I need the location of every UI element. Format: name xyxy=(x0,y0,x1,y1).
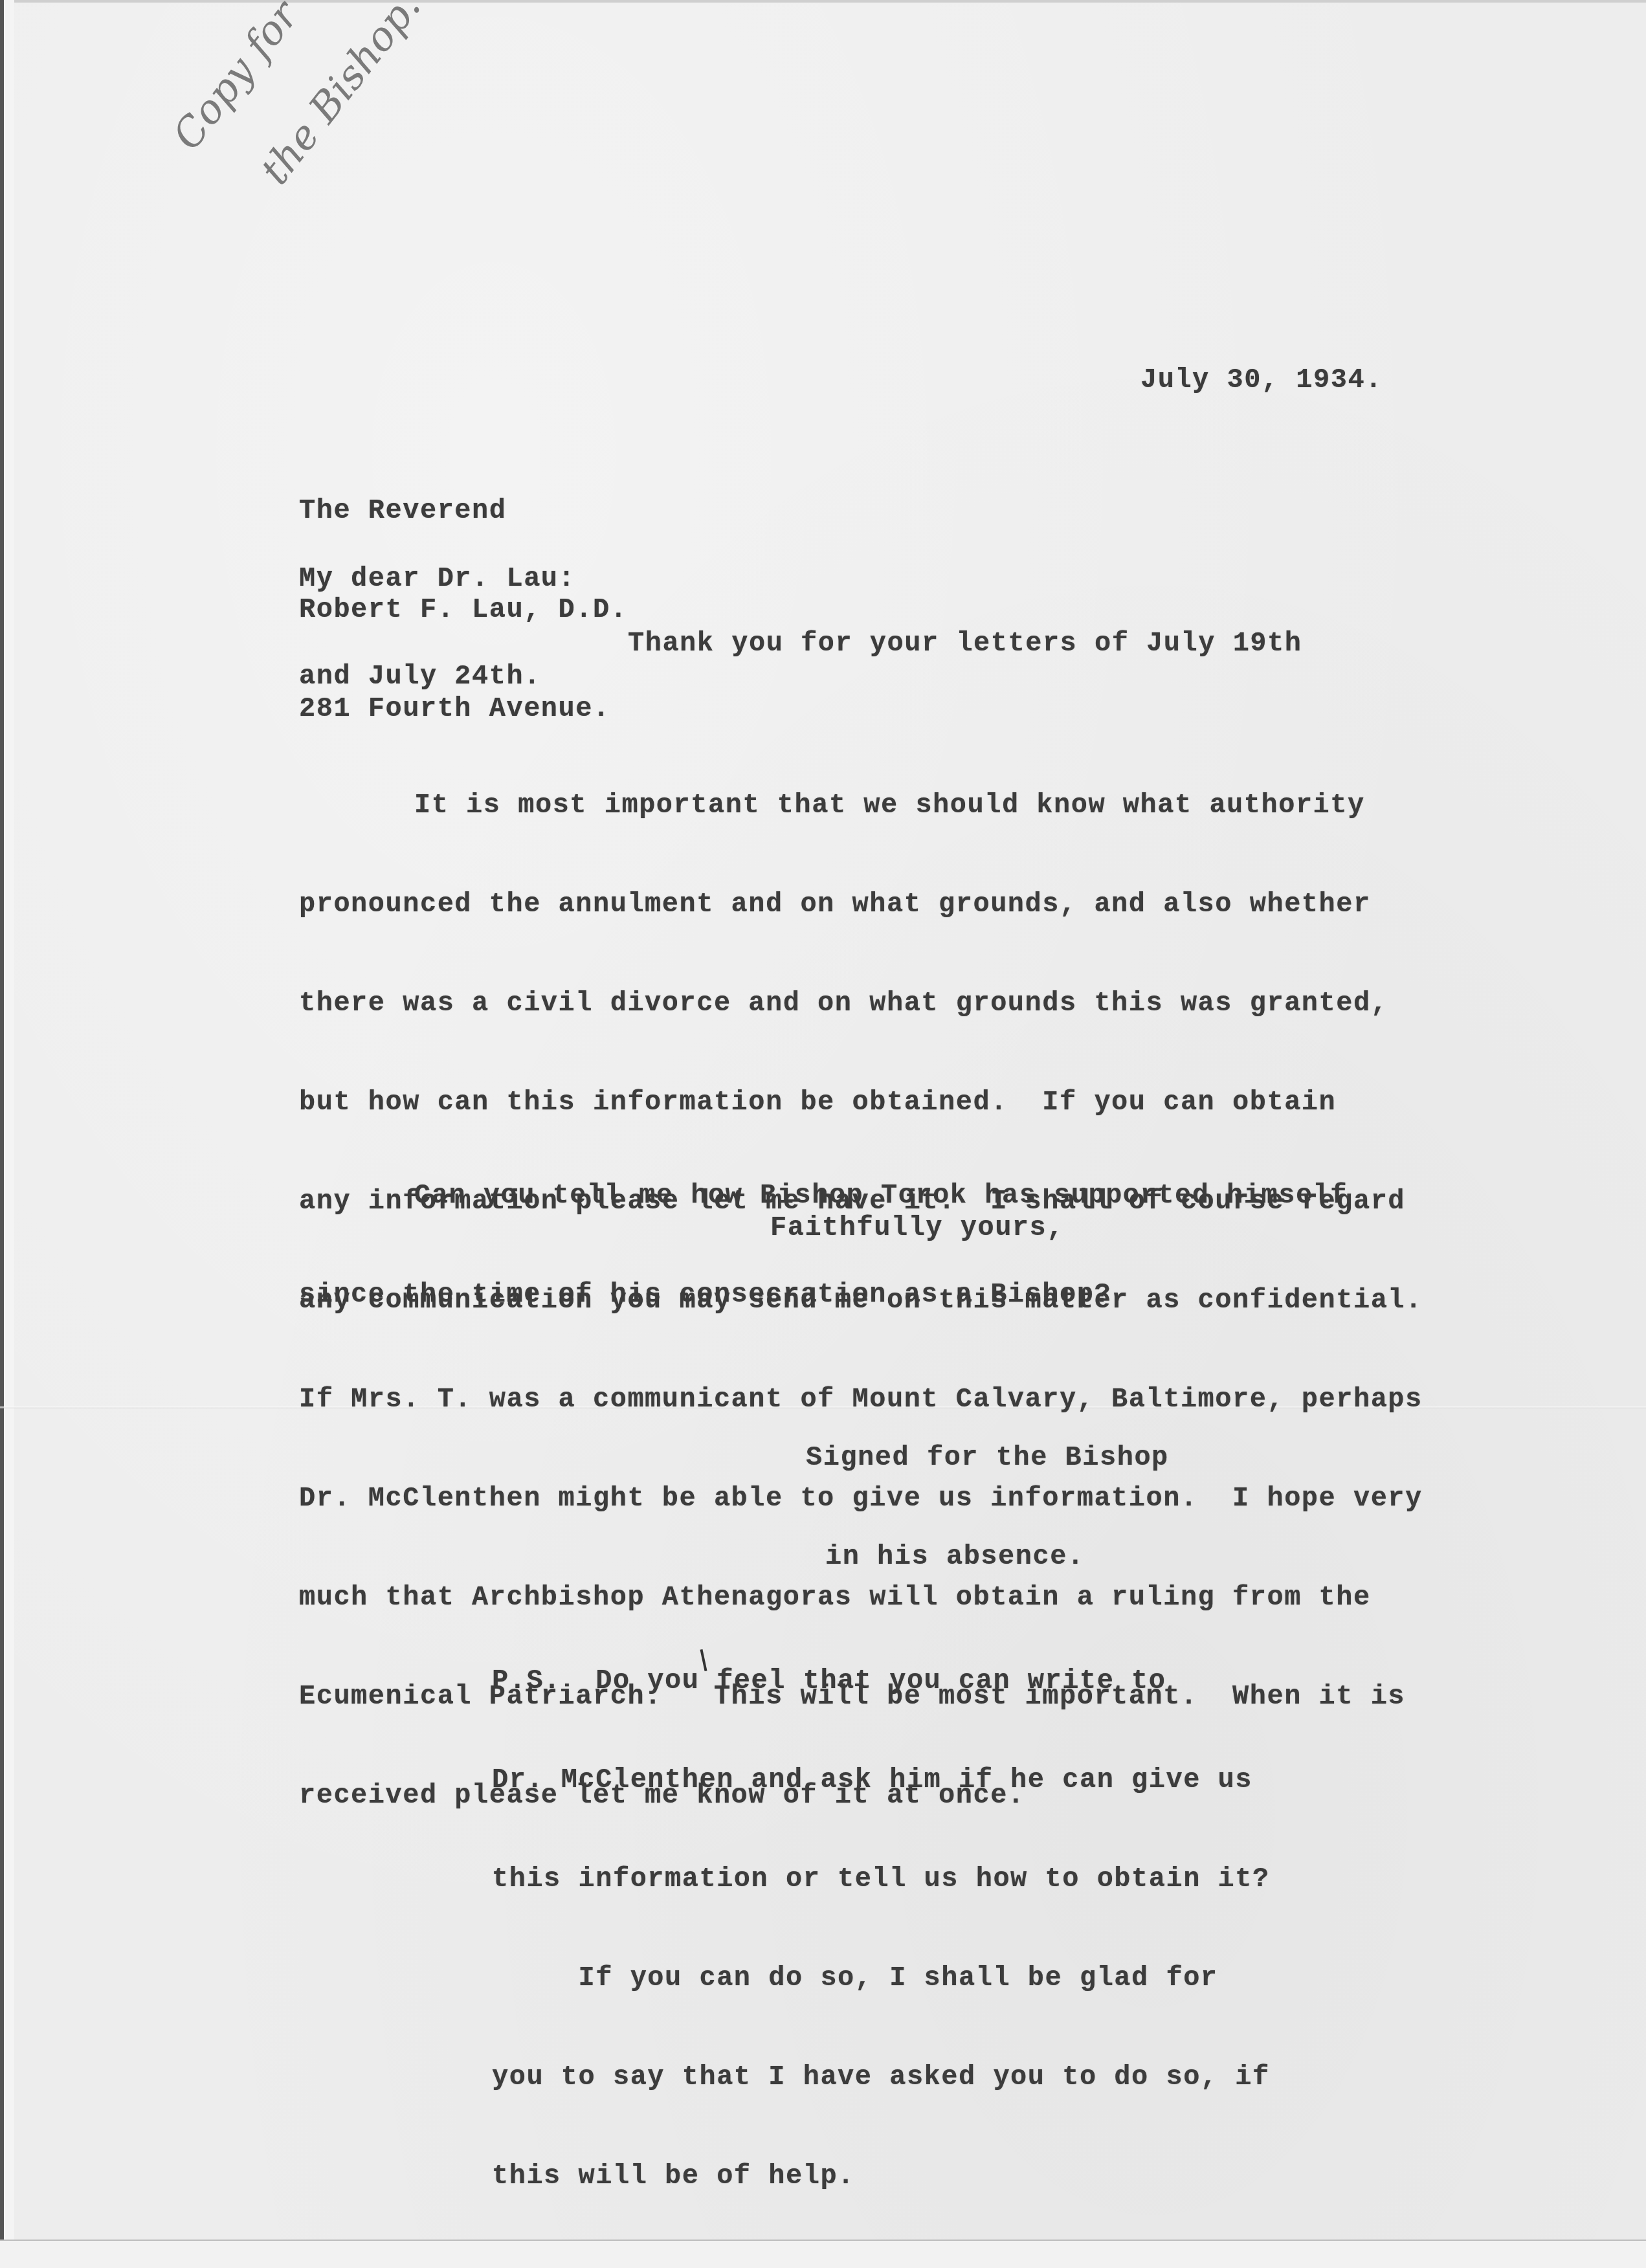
paragraph-2-line: there was a civil divorce and on what gr… xyxy=(299,987,1423,1020)
paragraph-3: Can you tell me how Bishop Torok has sup… xyxy=(299,1113,1348,1377)
postscript-line: this will be of help. xyxy=(492,2160,1270,2193)
recipient-street: 281 Fourth Avenue. xyxy=(299,693,627,726)
postscript: P.S. Do you feel that you can write to D… xyxy=(492,1599,1270,2259)
postscript-line: P.S. Do you feel that you can write to xyxy=(492,1665,1270,1698)
salutation: My dear Dr. Lau: xyxy=(299,563,575,594)
scanned-letter-page: Copy for the Bishop. July 30, 1934. The … xyxy=(0,0,1646,2268)
paragraph-2-line: pronounced the annulment and on what gro… xyxy=(299,888,1423,921)
postscript-line: If you can do so, I shall be glad for xyxy=(492,1962,1270,1995)
scan-left-margin xyxy=(4,0,14,2268)
handwritten-annotation: Copy for the Bishop. xyxy=(97,0,500,310)
postscript-line: this information or tell us how to obtai… xyxy=(492,1863,1270,1896)
paragraph-3-line: since the time of his consecration as a … xyxy=(299,1278,1348,1311)
postscript-line: Dr. McClenthen and ask him if he can giv… xyxy=(492,1764,1270,1797)
recipient-title: The Reverend xyxy=(299,495,627,528)
paragraph-3-line: Can you tell me how Bishop Torok has sup… xyxy=(299,1179,1348,1212)
paragraph-1-line-2: and July 24th. xyxy=(299,661,541,692)
postscript-line: you to say that I have asked you to do s… xyxy=(492,2061,1270,2094)
signature-line-2: in his absence. xyxy=(806,1540,1169,1573)
recipient-name: Robert F. Lau, D.D. xyxy=(299,594,627,627)
signature-line-1: Signed for the Bishop xyxy=(806,1441,1169,1474)
letter-date: July 30, 1934. xyxy=(1140,364,1383,395)
closing: Faithfully yours, xyxy=(770,1212,1064,1243)
paragraph-1-line-1: Thank you for your letters of July 19th xyxy=(628,628,1302,659)
paragraph-2-line: It is most important that we should know… xyxy=(299,789,1423,822)
